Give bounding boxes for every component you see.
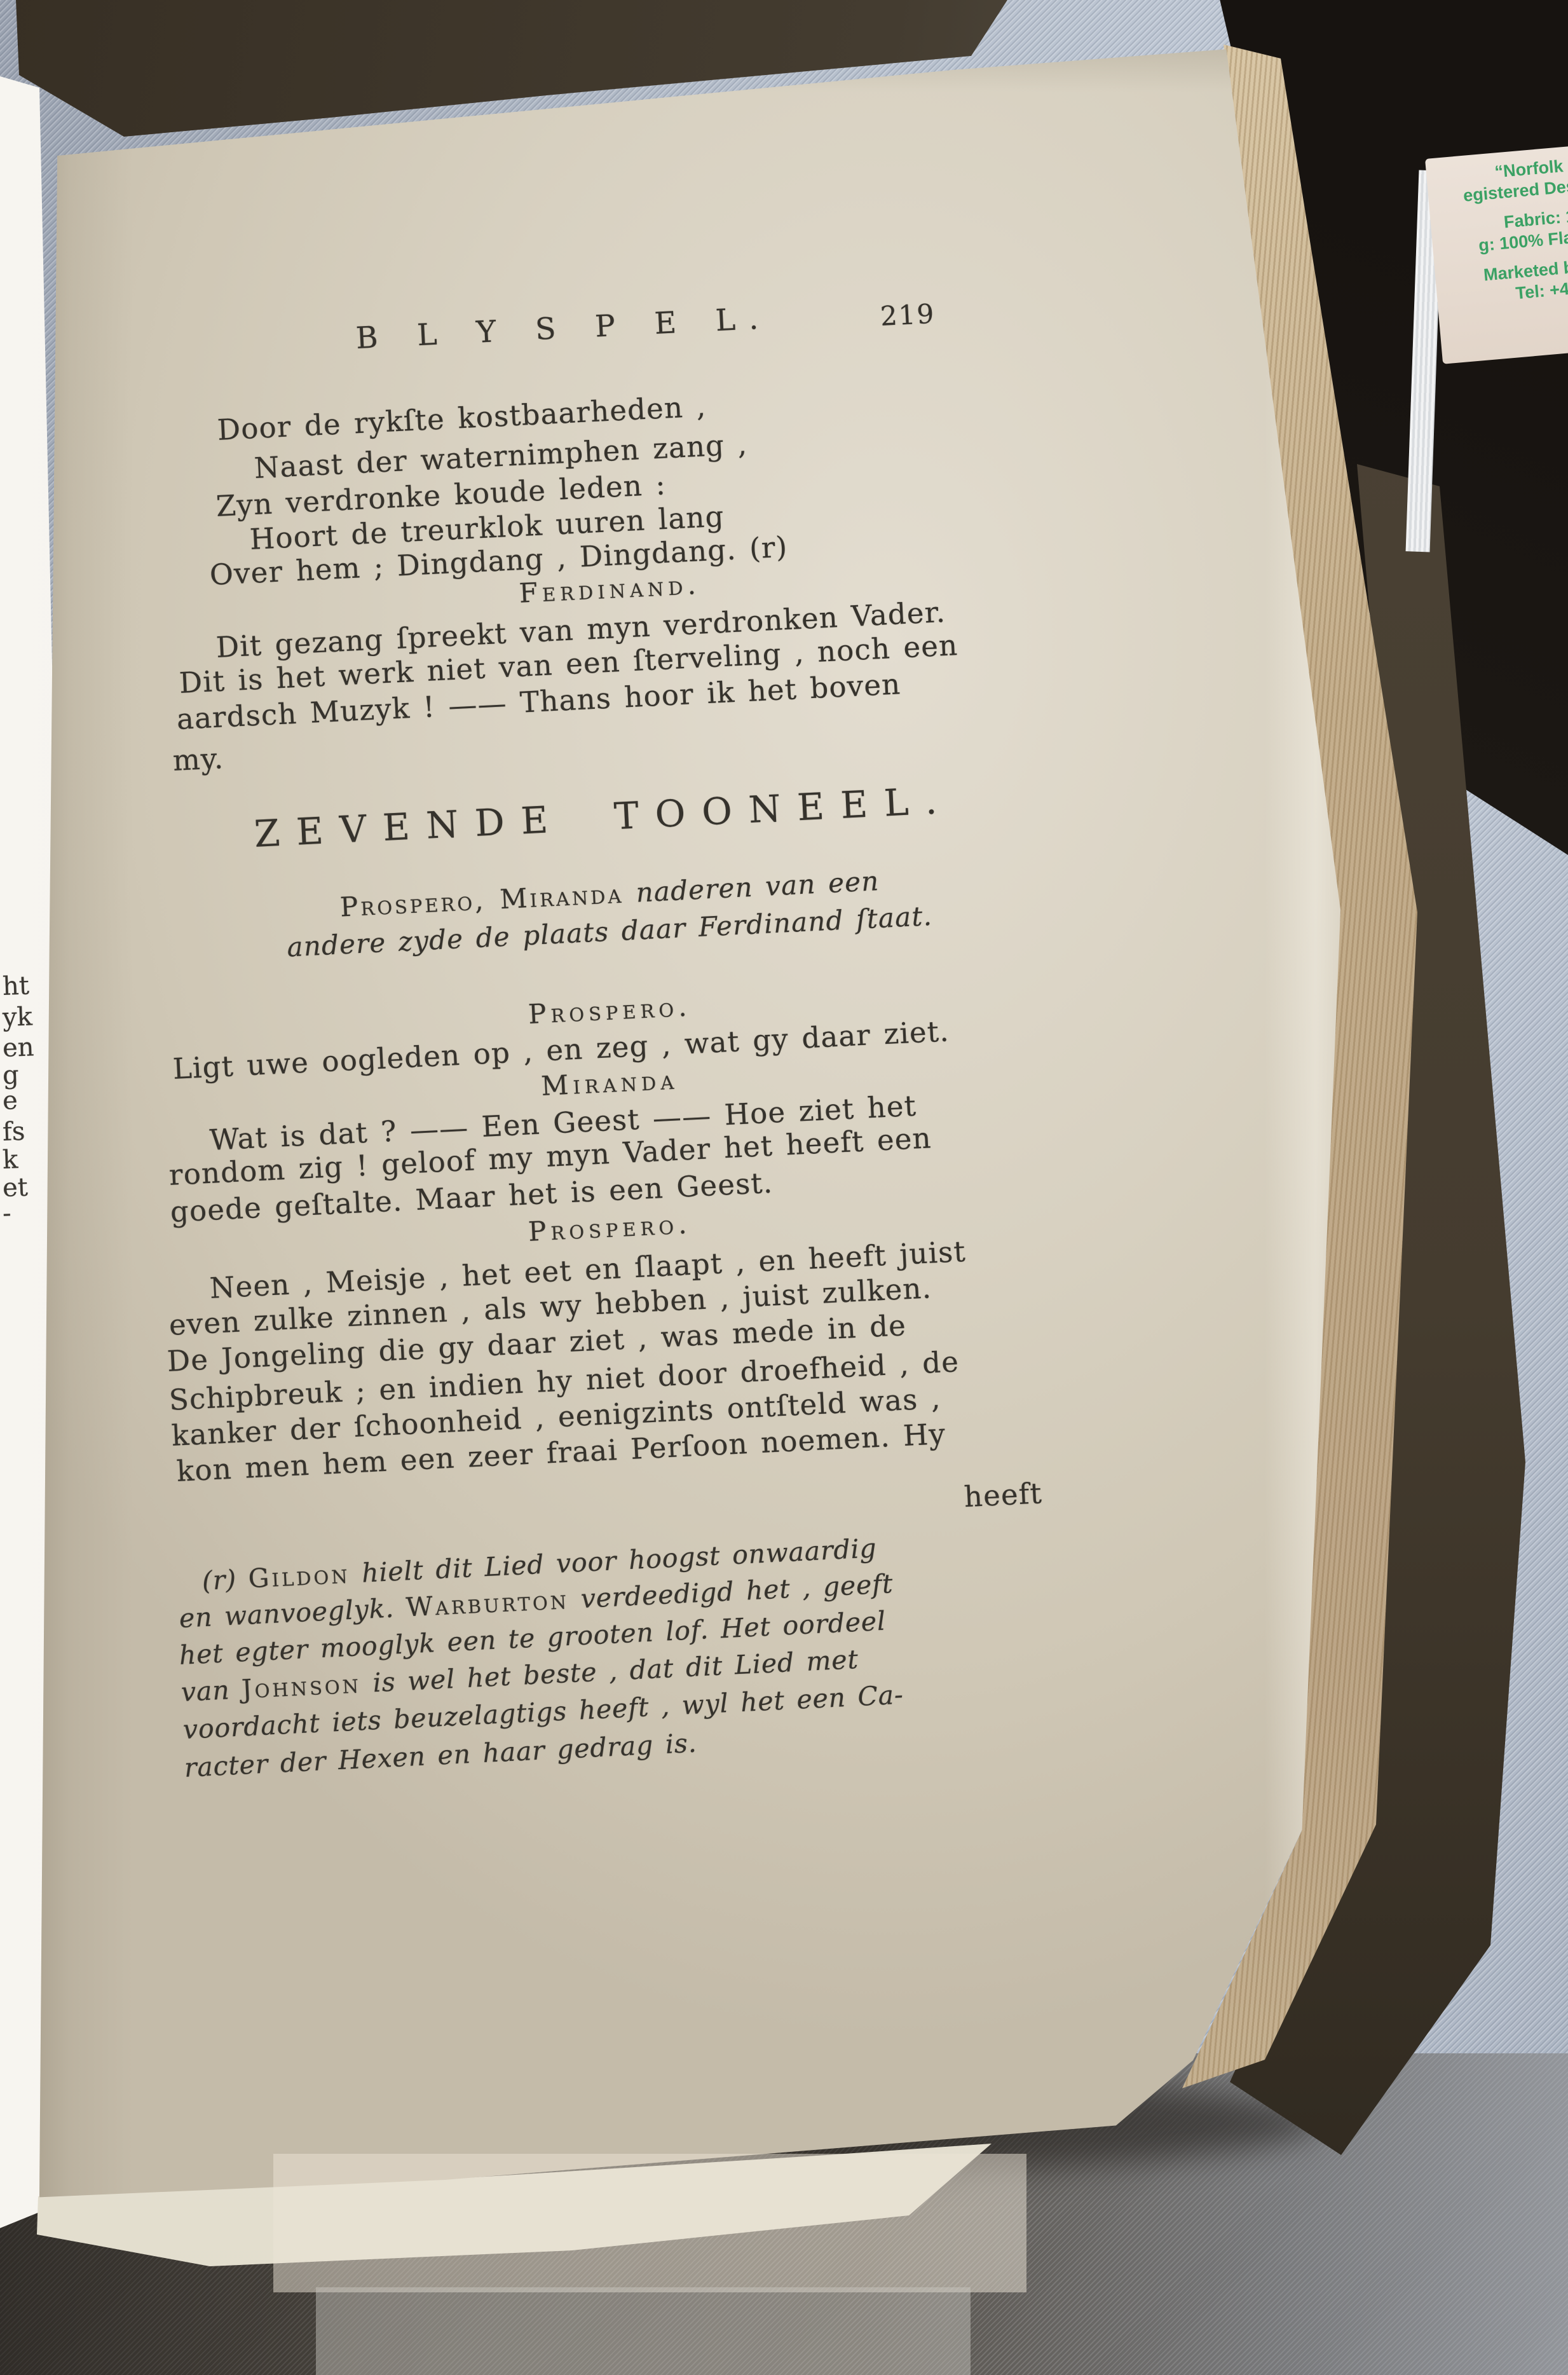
scene-heading: ZEVENDE TOONEEL. <box>253 778 954 856</box>
overlay-patch <box>316 2287 971 2375</box>
page-number: 219 <box>880 298 936 332</box>
left-page-fragment: k <box>2 1144 41 1175</box>
dialogue-line: my. <box>172 741 225 777</box>
left-page-fragment: en <box>2 1032 41 1063</box>
care-label: “Norfolk Book So egistered Design of Nor… <box>1425 135 1568 364</box>
book-page: B L Y S P E L. 219 Door de rykſte kostba… <box>25 32 1354 2206</box>
footnote-marker: (r) <box>201 1563 249 1596</box>
footnote-name-warburton: Warburton <box>406 1584 570 1622</box>
left-page-fragment: - <box>2 1198 41 1228</box>
catchword: heeft <box>915 1476 1043 1516</box>
stage-direction-names: Prospero, Miranda <box>339 878 624 923</box>
left-page-fragment: fs <box>2 1116 41 1147</box>
footnote-name-johnson: Johnson <box>241 1668 362 1704</box>
book-photo-scene: ht yk en g e fs k et - B L Y S P E L. 21… <box>0 0 1568 2375</box>
left-page-fragment: ht <box>2 971 41 1001</box>
running-title: B L Y S P E L. <box>355 301 773 356</box>
footnote-text: en wanvoeglyk. <box>179 1592 407 1634</box>
footnote-text: van <box>181 1674 242 1708</box>
footnote-name-gildon: Gildon <box>248 1559 351 1594</box>
left-page-fragment: e <box>2 1085 41 1116</box>
overlay-patch <box>273 2154 1026 2292</box>
left-page-fragment: yk <box>2 1002 41 1032</box>
stage-direction-text: naderen van een <box>623 865 880 909</box>
